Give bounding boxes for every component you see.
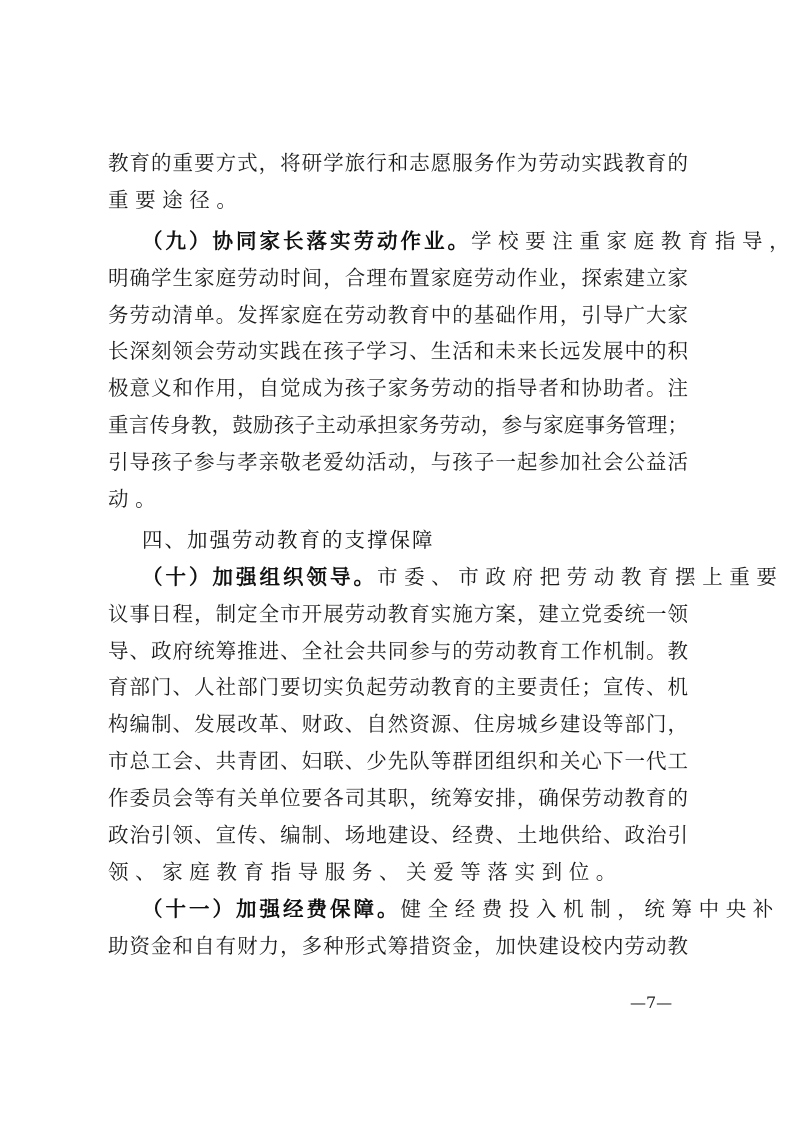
line-text: 领、家庭教育指导服务、关爱等落实到位。 [108, 860, 623, 884]
line-text: 育部门、人社部门要切实负起劳动教育的主要责任；宣传、机 [108, 675, 688, 699]
line-text: 重言传身教，鼓励孩子主动承担家务劳动，参与家庭事务管理； [108, 413, 688, 437]
paragraph-line: 动。 [108, 481, 688, 518]
line-text: 议事日程，制定全市开展劳动教育实施方案，建立党委统一领 [108, 602, 688, 626]
line-text: 作委员会等有关单位要各司其职，统筹安排，确保劳动教育的 [108, 786, 688, 810]
line-text: 动。 [108, 487, 162, 511]
section-heading: 四、加强劳动教育的支撑保障 [142, 528, 435, 552]
subsection-10-line: （十）加强组织领导。市委、市政府把劳动教育摆上重要 [108, 559, 688, 596]
line-text: 引导孩子参与孝亲敬老爱幼活动，与孩子一起参加社会公益活 [108, 450, 688, 474]
paragraph-line: 极意义和作用，自觉成为孩子家务劳动的指导者和协助者。注 [108, 370, 688, 407]
document-page: 教育的重要方式，将研学旅行和志愿服务作为劳动实践教育的 重要途径。 （九）协同家… [0, 0, 793, 1122]
paragraph-line: 市总工会、共青团、妇联、少先队等群团组织和关心下一代工 [108, 743, 688, 780]
paragraph-line: 务劳动清单。发挥家庭在劳动教育中的基础作用，引导广大家 [108, 297, 688, 334]
paragraph-line: 教育的重要方式，将研学旅行和志愿服务作为劳动实践教育的 [108, 145, 688, 182]
line-text: 导、政府统筹推进、全社会共同参与的劳动教育工作机制。教 [108, 639, 688, 663]
paragraph-line: 重言传身教，鼓励孩子主动承担家务劳动，参与家庭事务管理； [108, 407, 688, 444]
paragraph-line: 引导孩子参与孝亲敬老爱幼活动，与孩子一起参加社会公益活 [108, 444, 688, 481]
subsection-title-10: （十）加强组织领导。 [142, 565, 377, 589]
paragraph-line: 育部门、人社部门要切实负起劳动教育的主要责任；宣传、机 [108, 669, 688, 706]
line-text: 市委、市政府把劳动教育摆上重要 [377, 565, 784, 589]
paragraph-line: 作委员会等有关单位要各司其职，统筹安排，确保劳动教育的 [108, 780, 688, 817]
subsection-title-9: （九）协同家长落实劳动作业。 [142, 229, 471, 253]
paragraph-line: 领、家庭教育指导服务、关爱等落实到位。 [108, 854, 688, 891]
subsection-11-line: （十一）加强经费保障。健全经费投入机制，统筹中央补 [108, 891, 688, 928]
line-text: 明确学生家庭劳动时间，合理布置家庭劳动作业，探索建立家 [108, 266, 688, 290]
subsection-title-11: （十一）加强经费保障。 [142, 897, 401, 921]
line-text: 教育的重要方式，将研学旅行和志愿服务作为劳动实践教育的 [108, 151, 688, 175]
line-text: 重要途径。 [108, 188, 244, 212]
paragraph-line: 重要途径。 [108, 182, 688, 219]
subsection-9-line: （九）协同家长落实劳动作业。学校要注重家庭教育指导， [108, 223, 688, 260]
line-text: 助资金和自有财力，多种形式筹措资金，加快建设校内劳动教 [108, 934, 688, 958]
section-heading-line: 四、加强劳动教育的支撑保障 [108, 522, 688, 559]
line-text: 健全经费投入机制，统筹中央补 [401, 897, 780, 921]
paragraph-line: 长深刻领会劳动实践在孩子学习、生活和未来长远发展中的积 [108, 333, 688, 370]
line-text: 构编制、发展改革、财政、自然资源、住房城乡建设等部门， [108, 712, 688, 736]
paragraph-line: 助资金和自有财力，多种形式筹措资金，加快建设校内劳动教 [108, 928, 688, 965]
line-text: 极意义和作用，自觉成为孩子家务劳动的指导者和协助者。注 [108, 376, 688, 400]
paragraph-line: 明确学生家庭劳动时间，合理布置家庭劳动作业，探索建立家 [108, 260, 688, 297]
line-text: 政治引领、宣传、编制、场地建设、经费、土地供给、政治引 [108, 823, 688, 847]
line-text: 市总工会、共青团、妇联、少先队等群团组织和关心下一代工 [108, 749, 688, 773]
paragraph-line: 导、政府统筹推进、全社会共同参与的劳动教育工作机制。教 [108, 633, 688, 670]
page-number: —7— [630, 993, 672, 1012]
line-text: 学校要注重家庭教育指导， [471, 229, 793, 253]
paragraph-line: 构编制、发展改革、财政、自然资源、住房城乡建设等部门， [108, 706, 688, 743]
body-text: 教育的重要方式，将研学旅行和志愿服务作为劳动实践教育的 重要途径。 （九）协同家… [108, 145, 688, 965]
paragraph-line: 政治引领、宣传、编制、场地建设、经费、土地供给、政治引 [108, 817, 688, 854]
line-text: 长深刻领会劳动实践在孩子学习、生活和未来长远发展中的积 [108, 339, 688, 363]
line-text: 务劳动清单。发挥家庭在劳动教育中的基础作用，引导广大家 [108, 303, 688, 327]
paragraph-line: 议事日程，制定全市开展劳动教育实施方案，建立党委统一领 [108, 596, 688, 633]
